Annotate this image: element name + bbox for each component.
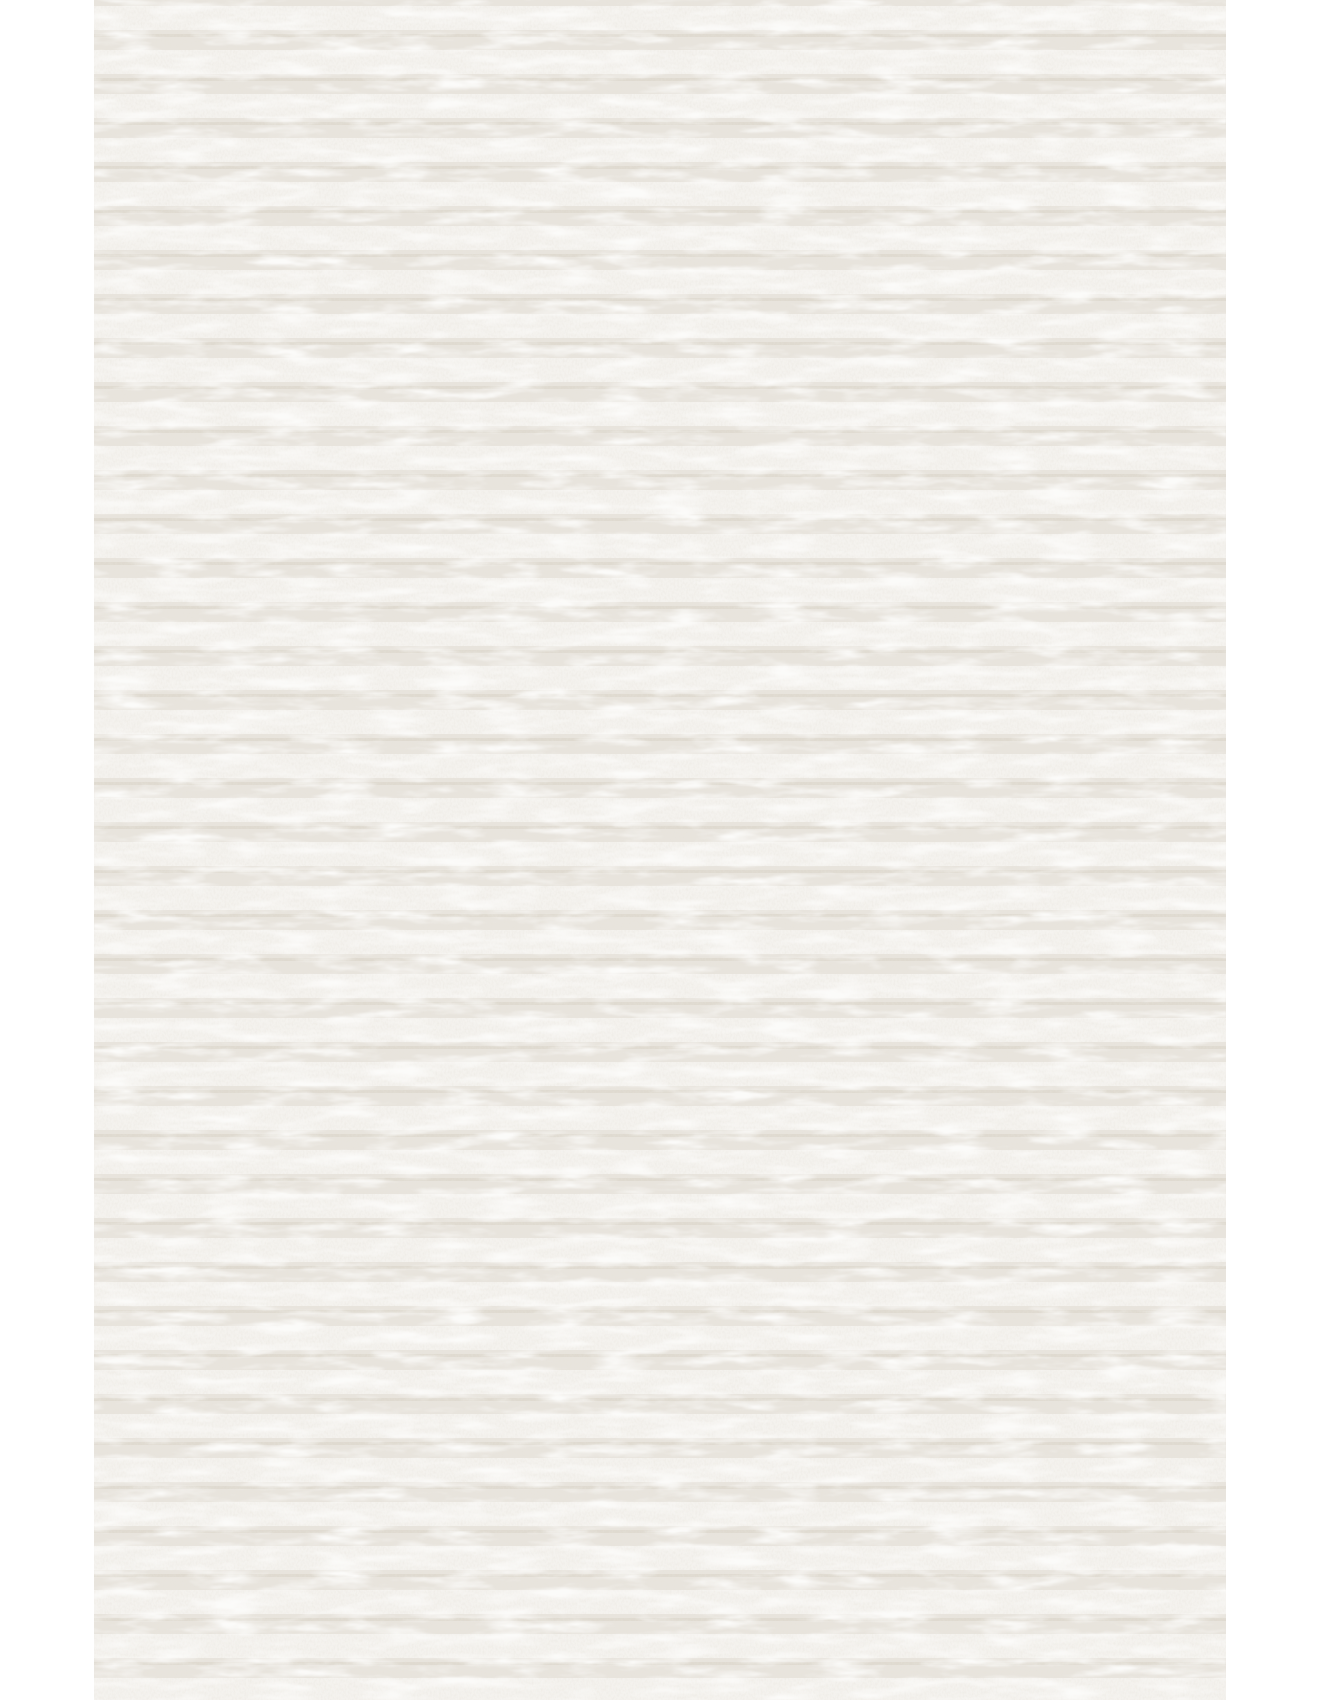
rug-texture-photo [94, 0, 1226, 1700]
rug-texture-graphic [94, 0, 1226, 1700]
